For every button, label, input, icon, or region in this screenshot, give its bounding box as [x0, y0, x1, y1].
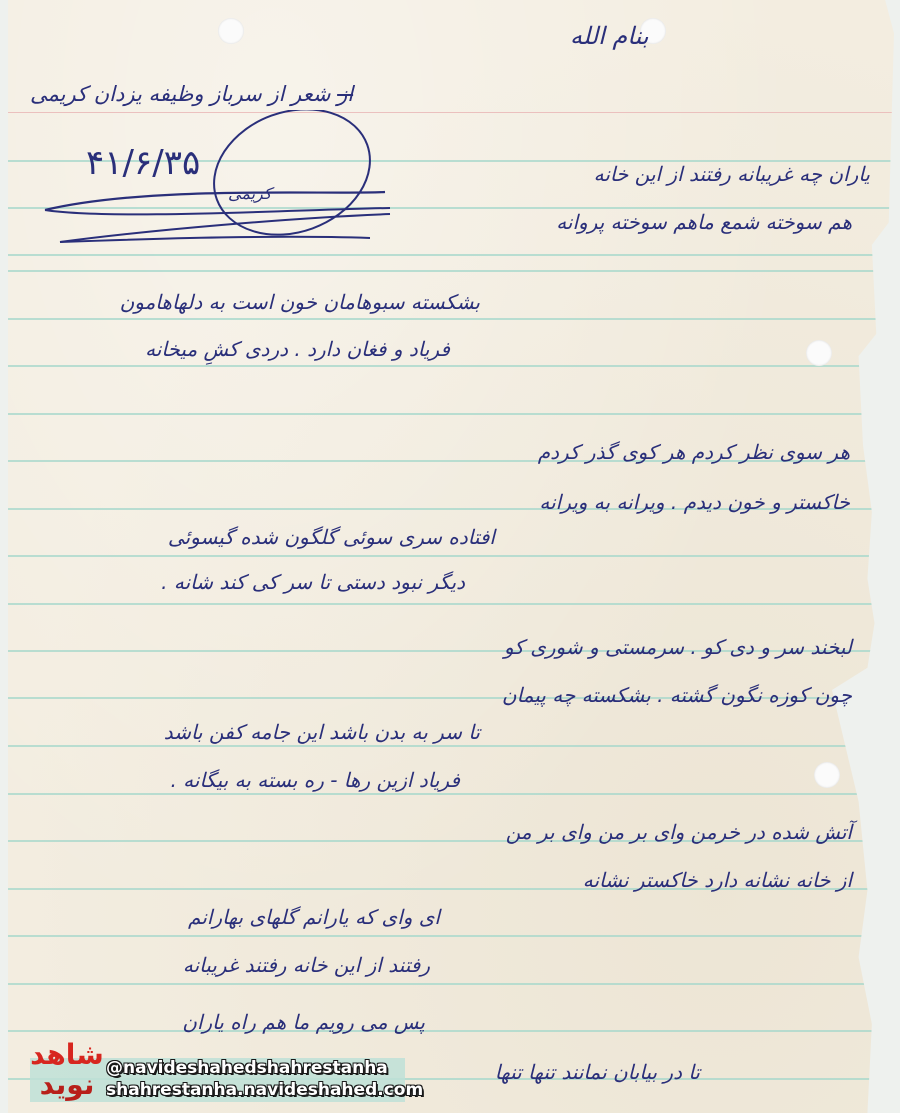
invocation-text: بنام الله — [570, 22, 649, 50]
watermark-url[interactable]: shahrestanha.navideshahed.com — [106, 1080, 423, 1100]
poem-line: از خانه نشانه دارد خاکستر نشانه — [583, 868, 852, 892]
poem-line: خاکستر و خون دیدم . ویرانه به ویرانه — [539, 490, 850, 514]
ruled-line — [8, 793, 894, 795]
logo-text-bottom: نوید — [28, 1070, 106, 1100]
poem-line: رفتند از این خانه رفتند غریبانه — [183, 953, 430, 977]
ruled-line — [8, 603, 894, 605]
poem-line: بشکسته سبوهامان خون است به دلهاهامون — [120, 290, 480, 314]
attribution-text: شعر از سرباز وظیفه یزدان کریمی — [30, 82, 330, 106]
ruled-line — [8, 745, 894, 747]
punch-hole — [814, 762, 840, 788]
watermark-handle: @navideshahedshahrestanha — [106, 1058, 388, 1078]
ruled-line — [8, 413, 894, 415]
poem-line: افتاده سری سوئی گلگون شده گیسوئی — [168, 525, 495, 549]
poem-line: آتش شده در خرمن وای بر من وای بر من — [506, 820, 852, 844]
ruled-line — [8, 365, 894, 367]
poem-line: دیگر نبود دستی تا سر کی کند شانه . — [161, 570, 465, 594]
poem-line: تا سر به بدن باشد این جامه کفن باشد — [164, 720, 480, 744]
poem-line: ای وای که یارانم گلهای بهارانم — [188, 905, 440, 929]
poem-line: لبخند سر و دی کو . سرمستی و شوری کو — [504, 635, 852, 659]
ruled-line — [8, 983, 894, 985]
poem-attribution: از شعر از سرباز وظیفه یزدان کریمی — [30, 82, 353, 106]
poem-line: پس می رویم ما هم راه یاران — [182, 1010, 425, 1034]
ruled-line — [8, 555, 894, 557]
punch-hole — [806, 340, 832, 366]
ruled-line — [8, 935, 894, 937]
ruled-line — [8, 318, 894, 320]
logo-text-top: شاهد — [28, 1040, 106, 1070]
poem-line: هر سوی نظر کردم هر کوی گذر کردم — [538, 440, 850, 464]
punch-hole — [218, 18, 244, 44]
poem-line: چون کوزه نگون گشته . بشکسته چه پیمان — [502, 683, 852, 707]
poem-line: یاران چه غریبانه رفتند از این خانه — [594, 162, 870, 186]
signature-scribble-icon — [30, 110, 410, 260]
poem-line: فریاد و فغان دارد . دردی کشِ میخانه — [145, 337, 450, 361]
signature-text: کریمی — [228, 184, 271, 203]
poem-line: تا در بیابان نمانند تنها تنها — [495, 1060, 700, 1084]
ruled-line — [8, 1030, 894, 1032]
ruled-line — [8, 270, 894, 272]
poem-line: هم سوخته شمع ماهم سوخته پروانه — [556, 210, 852, 234]
poem-line: فریاد ازین رها - ره بسته به بیگانه . — [170, 768, 460, 792]
watermark-logo: شاهد نوید — [28, 1040, 106, 1110]
struck-prefix: از — [337, 82, 353, 106]
